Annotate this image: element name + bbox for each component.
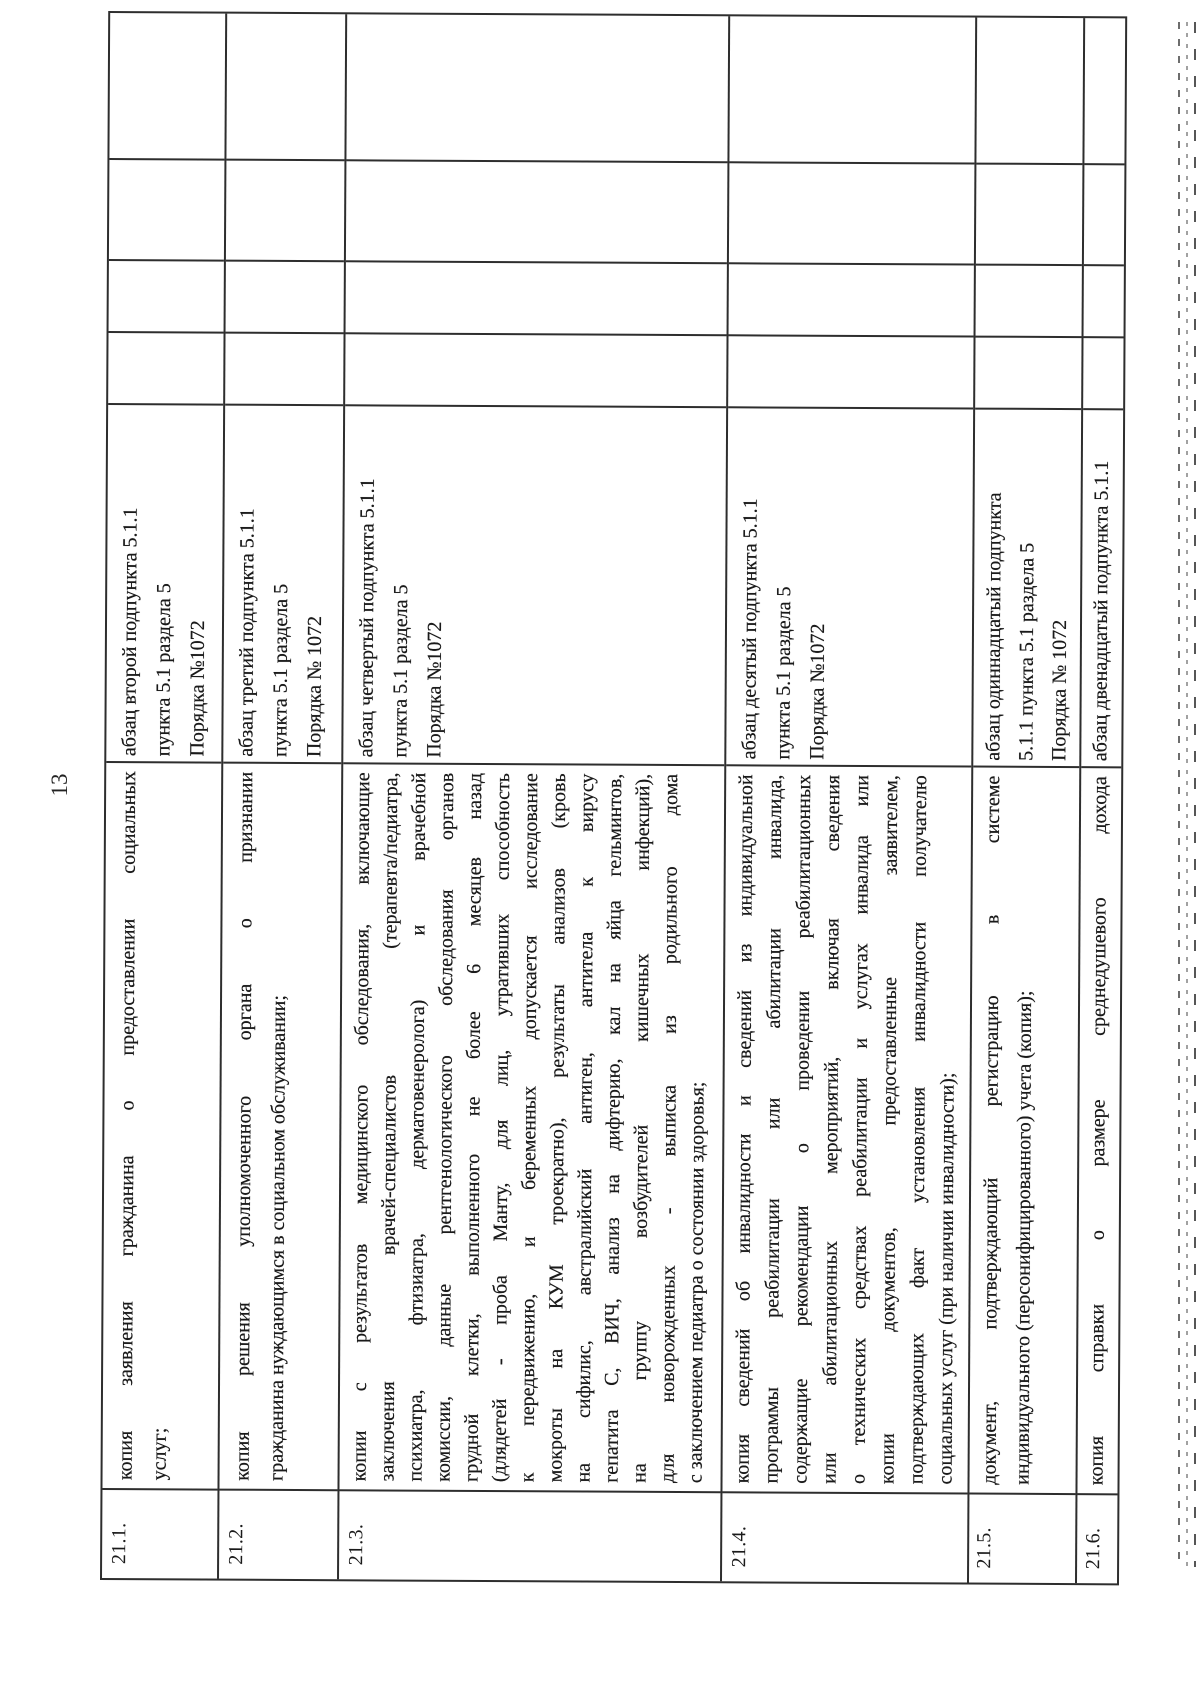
text-line: мокроты на КУМ троекратно), результаты а… (542, 773, 574, 1482)
empty-cell (975, 336, 1081, 409)
text-line: Порядка №1072 (417, 413, 453, 758)
empty-cell (226, 159, 345, 261)
legal-reference-cell: абзац десятый подпункта 5.1.1пункта 5.1 … (726, 406, 973, 765)
empty-cell (1084, 18, 1125, 163)
text-line: для новорожденных - выписка из родильног… (654, 774, 686, 1483)
text-line: абзац третий подпункта 5.1.1 (229, 412, 265, 757)
text-line: программы реабилитации или абилитации ин… (758, 774, 791, 1483)
legal-reference-cell: абзац двенадцатый подпункта 5.1.1 (1081, 408, 1123, 766)
empty-cell (345, 332, 726, 406)
empty-cell (108, 331, 223, 404)
text-line: социальных услуг (при наличии инвалиднос… (932, 775, 965, 1484)
text-line: Порядка № 1072 (297, 412, 333, 757)
row-number: 21.4. (728, 1526, 750, 1568)
empty-cell (729, 16, 975, 162)
empty-cell (976, 18, 1083, 164)
text-line: гепатита С, ВИЧ, анализ на дифтерию, кал… (598, 774, 630, 1483)
text-line: 5.1.1 пункта 5.1 раздела 5 (1010, 416, 1045, 761)
document-description-cell: документ, подтверждающий регистрацию в с… (969, 766, 1079, 1494)
text-line: абзац четвертый подпункта 5.1.1 (349, 412, 385, 757)
empty-cell (976, 163, 1083, 265)
row-number: 21.1. (108, 1523, 130, 1565)
text-line: индивидуального (персонифицированного) у… (1007, 776, 1044, 1485)
text-line: психиатра, фтизиатра, дерматовенеролога)… (402, 773, 434, 1482)
empty-cell (225, 332, 343, 405)
row-number-cell: 21.5. (969, 1493, 1075, 1584)
row-number: 21.3. (345, 1524, 367, 1566)
text-line: содержащие рекомендации о проведении реа… (787, 775, 820, 1484)
row-number: 21.6. (1082, 1528, 1104, 1570)
empty-cell (1083, 336, 1123, 408)
text-line: (длядетей - проба Манту, для лиц, утрати… (486, 773, 518, 1482)
text-line: абзац одиннадцатый подпункта (977, 416, 1012, 761)
document-description-cell: копия заявления гражданина о предоставле… (102, 761, 221, 1489)
document-table: 21.1.копия заявления гражданина о предос… (100, 11, 1127, 1585)
text-line: услуг; (143, 771, 181, 1480)
text-line: копии документов, предоставленные заявит… (874, 775, 907, 1484)
text-line: комиссии, данные рентгенологического обс… (430, 773, 462, 1482)
scanned-page: 13 21.1.копия заявления гражданина о пре… (0, 0, 1200, 1696)
text-line: абзац двенадцатый подпункта 5.1.1 (1086, 416, 1116, 761)
row-number: 21.5. (973, 1527, 995, 1569)
table-row: 21.6.копия справки о размере среднедушев… (1077, 18, 1125, 1583)
empty-cell (226, 260, 344, 333)
scan-dash-column (1178, 22, 1180, 1567)
legal-reference-cell: абзац четвертый подпункта 5.1.1пункта 5.… (343, 404, 726, 764)
document-description-cell: копия сведений об инвалидности и сведени… (722, 764, 971, 1492)
table-row: 21.2.копия решения уполномоченного орган… (219, 14, 347, 1580)
text-line: документ, подтверждающий регистрацию в с… (974, 776, 1011, 1485)
row-number-cell: 21.2. (219, 1489, 337, 1580)
row-number-cell: 21.3. (339, 1489, 720, 1581)
legal-reference-cell: абзац третий подпункта 5.1.1пункта 5.1 р… (223, 404, 343, 763)
document-description-cell: копия решения уполномоченного органа о п… (219, 762, 341, 1490)
row-number-cell: 21.6. (1077, 1493, 1117, 1583)
text-line: Порядка № 1072 (1043, 416, 1078, 761)
scan-dash-column (1186, 22, 1188, 1567)
text-line: пункта 5.1 раздела 5 (766, 414, 802, 759)
legal-reference-cell: абзац второй подпункта 5.1.1пункта 5.1 р… (106, 403, 223, 762)
empty-cell (346, 260, 727, 334)
empty-cell (226, 14, 345, 160)
empty-cell (1084, 163, 1125, 264)
text-line: абзац десятый подпункта 5.1.1 (732, 414, 768, 759)
empty-cell (729, 161, 975, 263)
page-number: 13 (47, 763, 73, 807)
empty-cell (346, 159, 728, 262)
document-description-cell: копия справки о размере среднедушевого д… (1077, 766, 1121, 1493)
text-line: копия сведений об инвалидности и сведени… (729, 774, 762, 1483)
row-number: 21.2. (225, 1523, 247, 1565)
text-line: или абилитационных мероприятий, включая … (816, 775, 849, 1484)
text-line: к передвижению, и беременных допускается… (514, 773, 546, 1482)
legal-reference-cell: абзац одиннадцатый подпункта5.1.1 пункта… (973, 408, 1081, 767)
text-line: гражданина нуждающимся в социальном обсл… (260, 772, 298, 1481)
row-number-cell: 21.4. (722, 1491, 967, 1582)
table-row: 21.3.копии с результатов медицинского об… (339, 14, 730, 1581)
empty-cell (346, 14, 728, 161)
text-line: копия решения уполномоченного органа о п… (226, 772, 264, 1481)
empty-cell (728, 334, 973, 407)
text-line: с заключением педиатра о состоянии здоро… (682, 774, 714, 1483)
empty-cell (976, 264, 1082, 337)
text-line: о технических средствах реабилитации и у… (845, 775, 878, 1484)
text-line: пункта 5.1 раздела 5 (263, 412, 299, 757)
text-line: Порядка №1072 (800, 415, 836, 760)
text-line: копия заявления гражданина о предоставле… (109, 771, 147, 1480)
text-line: заключения врачей-специалистов (терапевт… (374, 772, 406, 1481)
empty-cell (109, 13, 225, 159)
scan-dash-column (1194, 22, 1196, 1567)
text-line: грудной клетки, выполненного не более 6 … (458, 773, 490, 1482)
text-line: подтверждающих факт установления инвалид… (903, 775, 936, 1484)
text-line: на сифилис, австралийский антиген, антит… (570, 773, 602, 1482)
text-line: абзац второй подпункта 5.1.1 (112, 411, 148, 756)
text-line: пункта 5.1 раздела 5 (146, 411, 182, 756)
row-number-cell: 21.1. (102, 1488, 217, 1579)
document-description-cell: копии с результатов медицинского обследо… (339, 762, 724, 1491)
table-row: 21.4.копия сведений об инвалидности и св… (722, 16, 977, 1582)
empty-cell (1084, 264, 1124, 336)
text-line: копия справки о размере среднедушевого д… (1083, 776, 1115, 1485)
text-line: на группу возбудителей кишечных инфекций… (626, 774, 658, 1483)
text-line: копии с результатов медицинского обследо… (346, 772, 378, 1481)
empty-cell (109, 158, 225, 260)
table-row: 21.1.копия заявления гражданина о предос… (102, 13, 227, 1579)
text-line: пункта 5.1 раздела 5 (383, 412, 419, 757)
empty-cell (109, 259, 224, 332)
empty-cell (729, 262, 974, 335)
text-line: Порядка №1072 (180, 411, 216, 756)
table-row: 21.5.документ, подтверждающий регистраци… (969, 18, 1085, 1584)
scan-edge-artifact (1176, 22, 1200, 1567)
